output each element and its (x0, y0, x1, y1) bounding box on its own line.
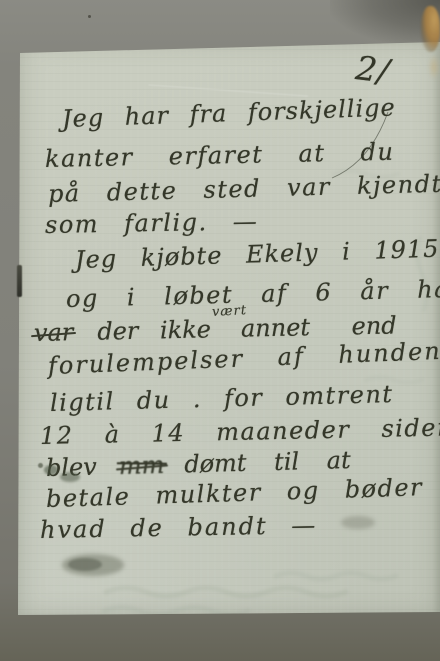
ink-smudge (68, 558, 102, 571)
ink-smudge (60, 472, 80, 482)
corner-stain (421, 6, 440, 52)
handwritten-line-13: hvad de bandt — (40, 512, 318, 543)
handwritten-line-5: Jeg kjøbte Ekely i 1915 (75, 236, 440, 274)
binding-mark (17, 265, 22, 297)
handwritten-line-6: og i løbet af 6 år har (66, 276, 440, 313)
edge-stain (428, 54, 440, 80)
struck-word: var (34, 319, 74, 346)
letter-page: 2/ Jeg har fra forskjellige kanter erfar… (18, 40, 440, 618)
background-speck (88, 15, 91, 18)
line-7-segment: annet end (241, 312, 397, 342)
handwritten-line-1: Jeg har fra forskjellige (62, 94, 397, 132)
ink-smudge (38, 463, 43, 468)
inserted-word-above-line: vært (212, 303, 248, 320)
scribbled-out-word: mm (118, 452, 164, 480)
handwritten-line-10: 12 à 14 maaneder siden (40, 414, 440, 449)
ink-smudge (341, 516, 375, 529)
line-11-segment: dømt til at (184, 447, 351, 478)
ink-smudge (44, 465, 58, 475)
letter-scan: 2/ Jeg har fra forskjellige kanter erfar… (0, 0, 440, 661)
handwritten-line-4: som farlig. — (45, 208, 259, 238)
handwritten-line-9: ligtil du . for omtrent (50, 381, 394, 416)
page-number: 2/ (354, 50, 392, 90)
handwritten-line-2: kanter erfaret at du (45, 139, 395, 173)
handwritten-line-3: på dette sted var kjendt (48, 171, 440, 208)
line-7-segment: der ikke (97, 316, 211, 345)
